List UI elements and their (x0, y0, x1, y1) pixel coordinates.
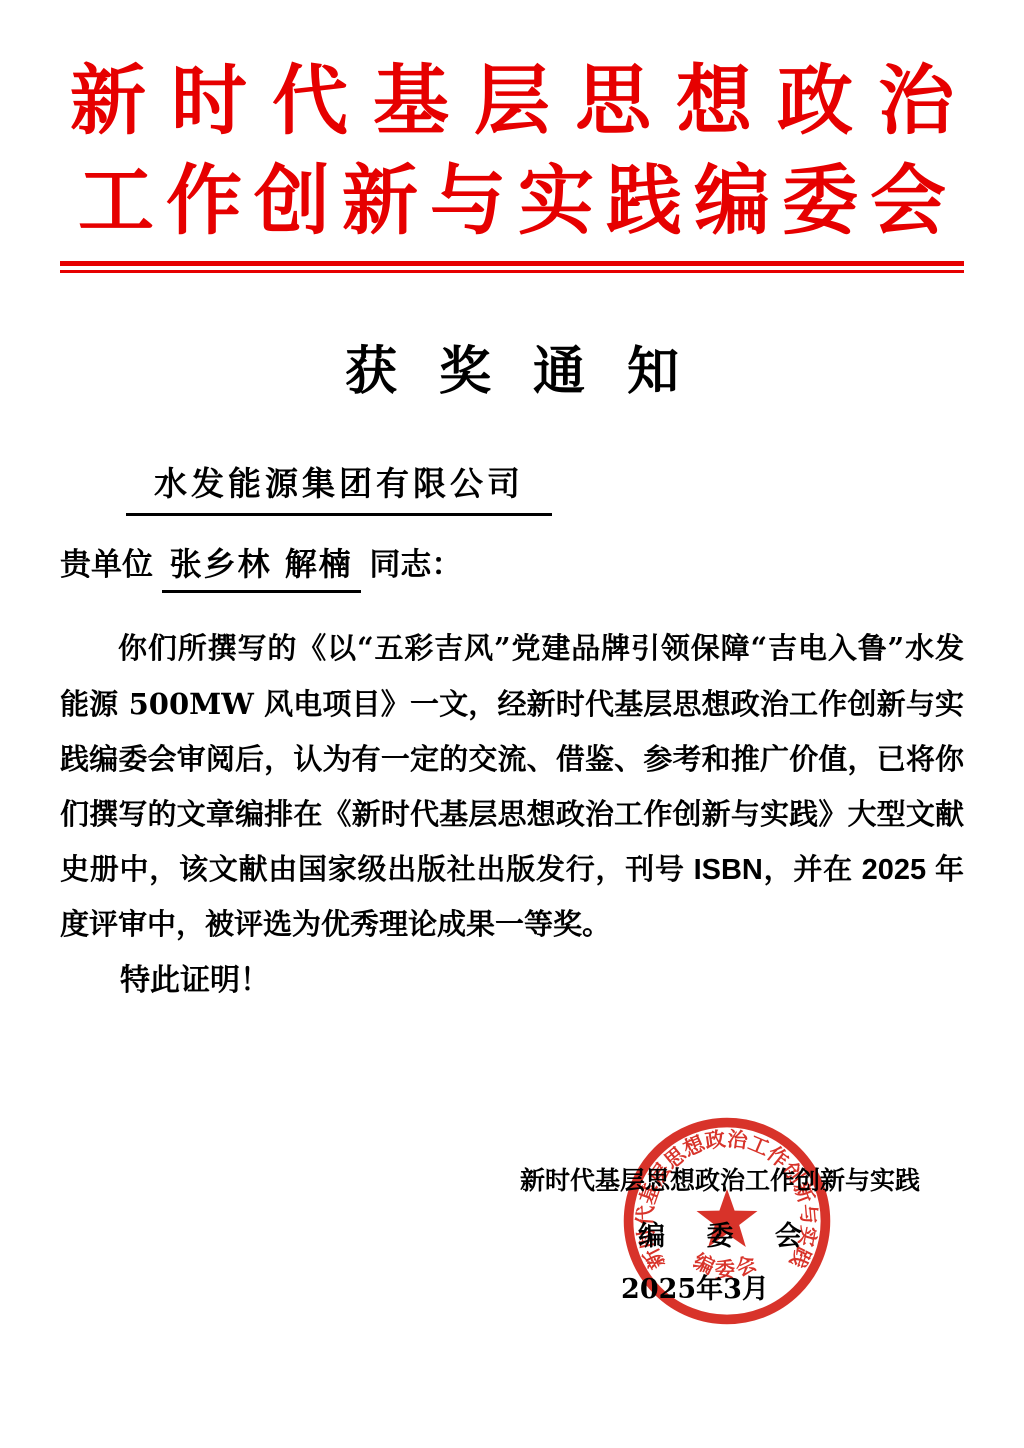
letterhead-double-rule (60, 261, 964, 273)
salutation-prefix: 贵单位 (60, 547, 153, 582)
award-notice-document: 新时代基层思想政治 工作创新与实践编委会 获奖通知 水发能源集团有限公司 贵单位… (0, 0, 1024, 1448)
body-run-intro: 你们所撰写的 (118, 633, 297, 665)
official-red-seal: 新时代基层思想政治工作创新与实践 编委会 (620, 1114, 834, 1328)
closing-statement: 特此证明！ (60, 953, 964, 1008)
salutation-suffix: 同志： (369, 547, 462, 582)
letterhead: 新时代基层思想政治 工作创新与实践编委会 (0, 52, 1024, 273)
body-run-rest: 一文，经新时代基层思想政治工作创新与实践编委会审阅后，认为有一定的交流、借鉴、参… (60, 689, 964, 941)
recipient-names: 张乡林 解楠 (162, 542, 361, 593)
seal-star-icon (697, 1189, 758, 1247)
body-paragraph: 你们所撰写的《以“五彩吉风”党建品牌引领保障“吉电入鲁”水发能源 500MW 风… (60, 621, 964, 953)
notice-title: 获奖通知 (0, 329, 1024, 404)
letterhead-line-2: 工作创新与实践编委会 (0, 152, 1024, 252)
recipient-company-name: 水发能源集团有限公司 (126, 458, 552, 516)
letterhead-line-1: 新时代基层思想政治 (0, 52, 1024, 152)
recipient-company-line: 水发能源集团有限公司 (60, 458, 964, 516)
seal-bottom-text: 编委会 (690, 1249, 764, 1282)
salutation-line: 贵单位 张乡林 解楠 同志： (60, 542, 964, 593)
letter-body: 水发能源集团有限公司 贵单位 张乡林 解楠 同志： 你们所撰写的《以“五彩吉风”… (60, 458, 964, 1008)
